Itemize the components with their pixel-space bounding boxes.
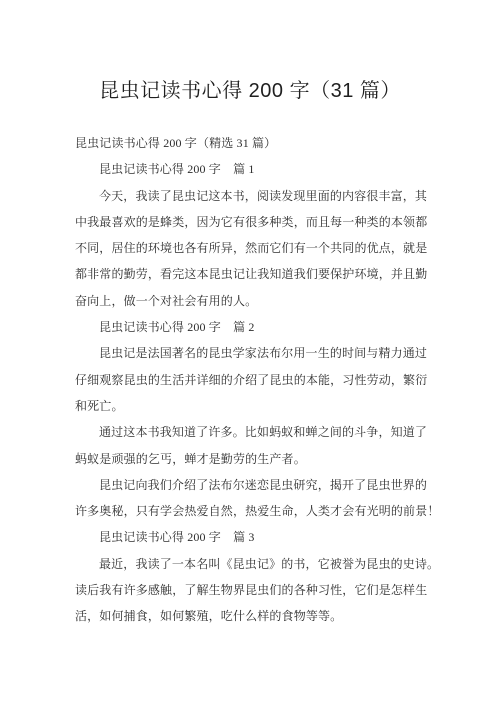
text-line: 读后我有许多感触，了解生物界昆虫们的各种习性，它们是怎样生 — [75, 577, 431, 603]
text-line: 昆虫记读书心得 200 字（精选 31 篇） — [75, 130, 431, 156]
document-body: 昆虫记读书心得 200 字（精选 31 篇） 昆虫记读书心得 200 字 篇 1… — [75, 130, 431, 630]
text-line: 蚂蚁是顽强的乞丐，蝉才是勤劳的生产者。 — [75, 446, 431, 472]
text-line: 活，如何捕食，如何繁殖，吃什么样的食物等等。 — [75, 603, 431, 629]
text-line: 和死亡。 — [75, 393, 431, 419]
document-title: 昆虫记读书心得 200 字（31 篇） — [0, 74, 500, 103]
text-line: 今天，我读了昆虫记这本书，阅读发现里面的内容很丰富，其 — [75, 183, 431, 209]
text-line: 昆虫记向我们介绍了法布尔迷恋昆虫研究，揭开了昆虫世界的 — [75, 472, 431, 498]
text-line: 昆虫记读书心得 200 字 篇 2 — [75, 314, 431, 340]
text-line: 不同，居住的环境也各有所异，然而它们有一个共同的优点，就是 — [75, 235, 431, 261]
text-line: 奋向上，做一个对社会有用的人。 — [75, 288, 431, 314]
text-line: 通过这本书我知道了许多。比如蚂蚁和蝉之间的斗争，知道了 — [75, 419, 431, 445]
text-line: 仔细观察昆虫的生活并详细的介绍了昆虫的本能，习性劳动，繁衍 — [75, 367, 431, 393]
text-line: 许多奥秘，只有学会热爱自然，热爱生命，人类才会有光明的前景！ — [75, 498, 431, 524]
text-line: 中我最喜欢的是蜂类，因为它有很多种类，而且每一种类的本领都 — [75, 209, 431, 235]
text-line: 最近，我读了一本名叫《昆虫记》的书，它被誉为昆虫的史诗。 — [75, 551, 431, 577]
text-line: 都非常的勤劳，看完这本昆虫记让我知道我们要保护环境，并且勤 — [75, 261, 431, 287]
text-line: 昆虫记读书心得 200 字 篇 1 — [75, 156, 431, 182]
text-line: 昆虫记读书心得 200 字 篇 3 — [75, 524, 431, 550]
text-line: 昆虫记是法国著名的昆虫学家法布尔用一生的时间与精力通过 — [75, 340, 431, 366]
document-page: 昆虫记读书心得 200 字（31 篇） 昆虫记读书心得 200 字（精选 31 … — [0, 0, 500, 707]
